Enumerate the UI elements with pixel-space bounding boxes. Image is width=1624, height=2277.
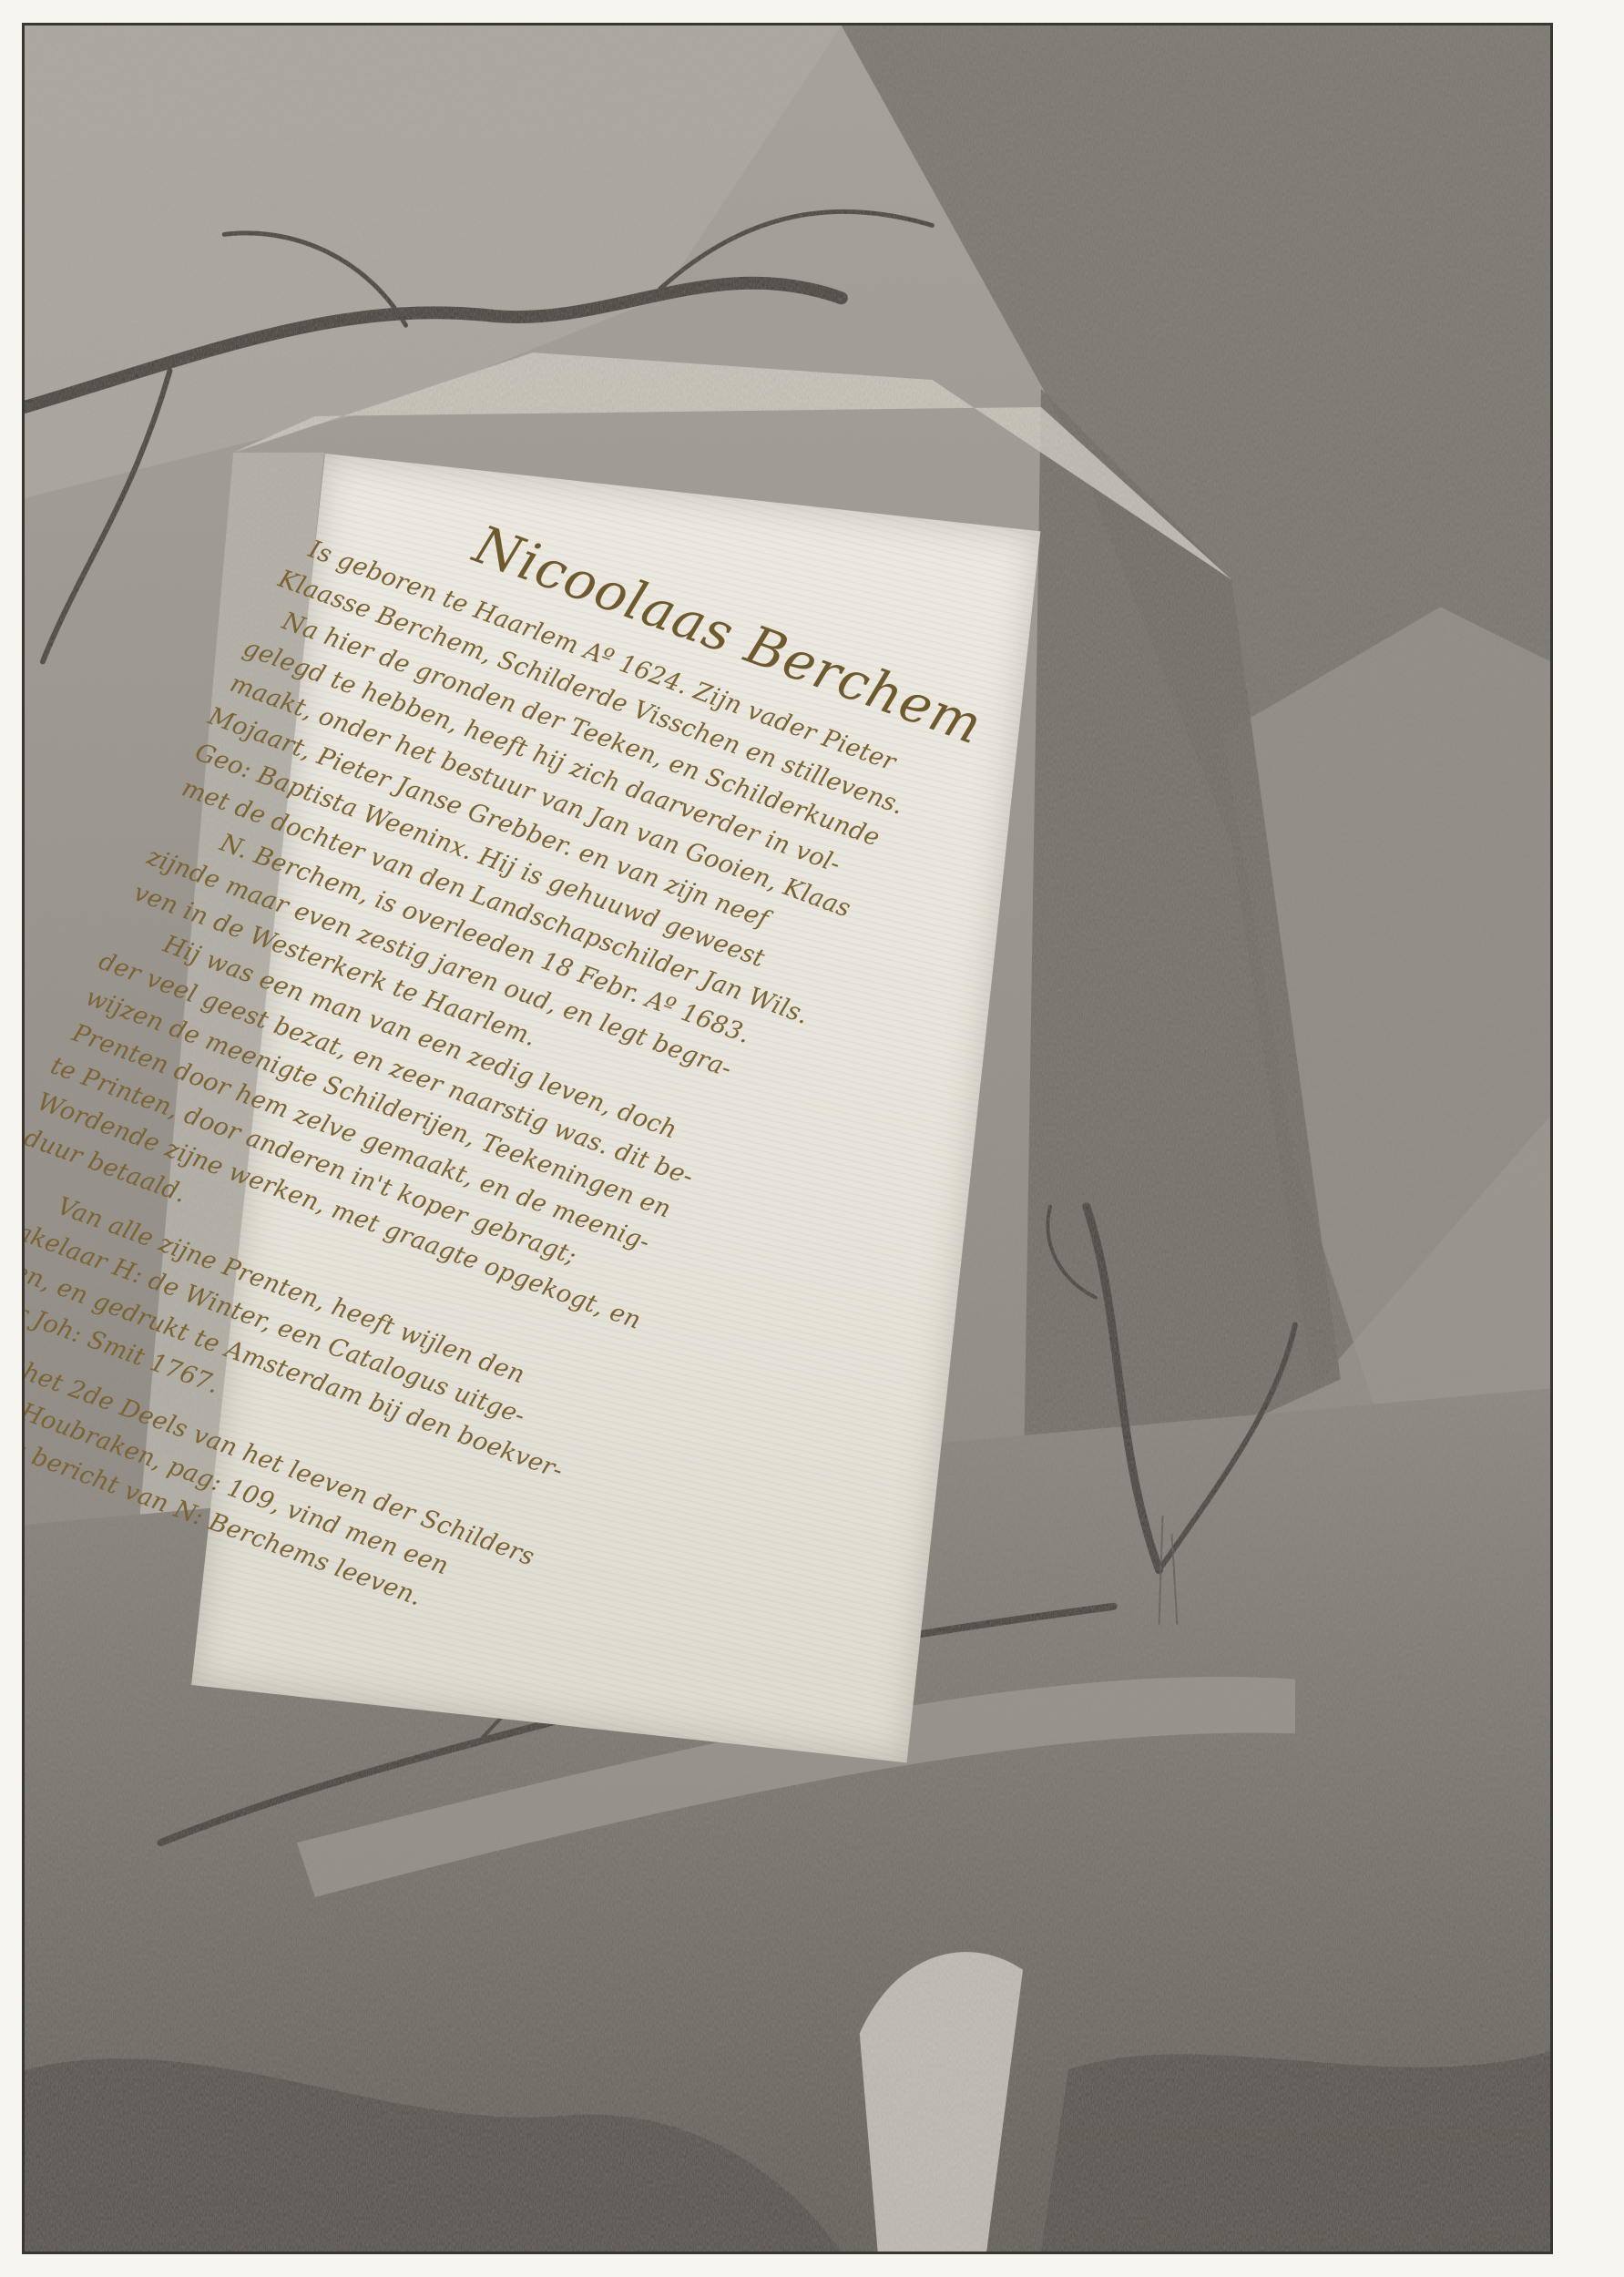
memorial-tablet: Nicoolaas Berchem Is geboren te Haarlem … (191, 454, 1040, 1762)
drawing-sheet: Nicoolaas Berchem Is geboren te Haarlem … (22, 23, 1553, 2254)
